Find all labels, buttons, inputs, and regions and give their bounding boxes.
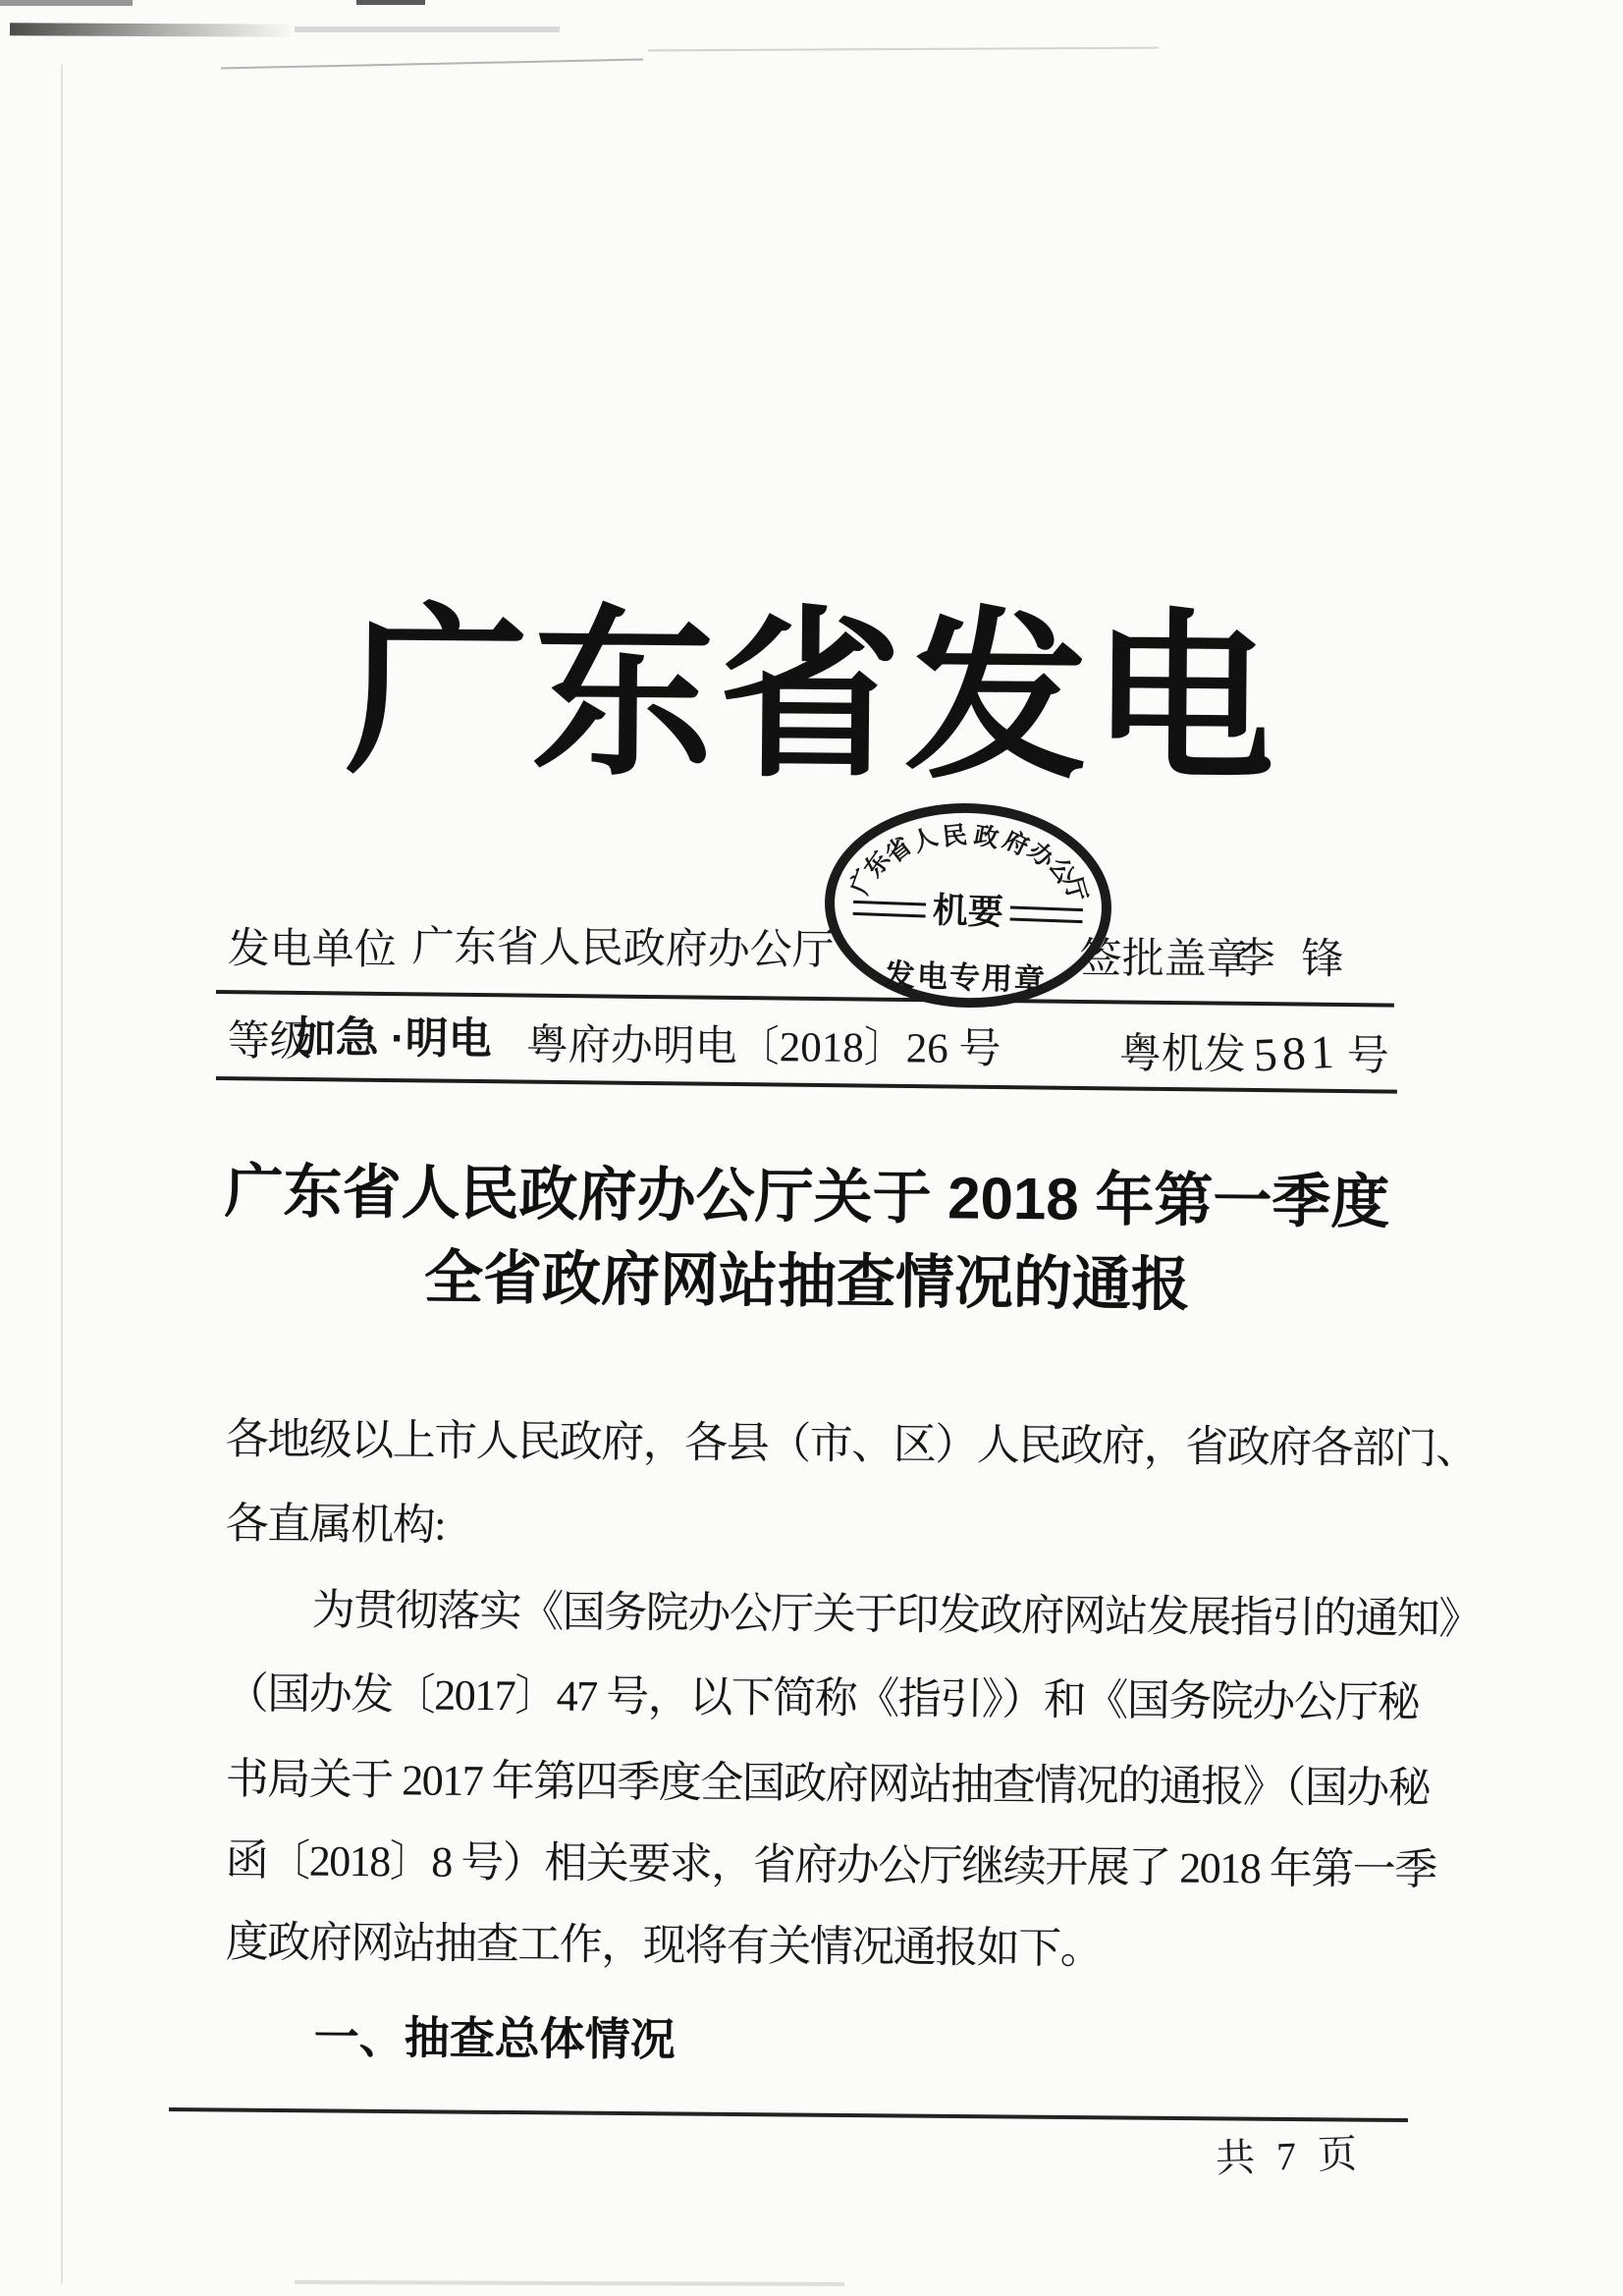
form-unit-value: 广东省人民政府办公厅: [412, 923, 835, 975]
notice-title-line1: 广东省人民政府办公厅关于 2018 年第一季度: [179, 1159, 1436, 1235]
body-line: 各直属机构:: [226, 1499, 446, 1553]
scanned-telegram-page: 广东省发电 广东省人民政府办公厅 机要 发电专用章 发电单位 广东省人民政府办公…: [0, 0, 1623, 2296]
scan-artifact-streak: [295, 27, 560, 32]
form-sign-label: 签批盖章: [1080, 935, 1249, 985]
scan-artifact-dash: [356, 0, 425, 5]
seal-center-text: 机要: [932, 893, 1003, 930]
ref-number-handwritten: 581: [1253, 1025, 1340, 1083]
form-ref-number: 粤机发581号: [1119, 1025, 1389, 1082]
masthead-title: 广东省发电: [178, 601, 1446, 794]
scan-artifact-line: [648, 47, 1159, 52]
form-unit-label: 发电单位: [228, 925, 397, 975]
section-heading: 一、抽查总体情况: [313, 2001, 676, 2069]
notice-title-line2: 全省政府网站抽查情况的通报: [179, 1243, 1436, 1320]
scan-artifact-paper-edge: [61, 65, 63, 2284]
seal-divider-lines-left: [853, 900, 926, 917]
form-sign-value: 李 锋: [1233, 935, 1344, 984]
body-line: 书局关于 2017 年第四季度全国政府网站抽查情况的通报》（国办秘: [226, 1754, 1431, 1815]
scan-artifact-bottom-smudge: [295, 2280, 844, 2286]
official-seal: 广东省人民政府办公厅 机要 发电专用章: [821, 798, 1114, 1012]
form-level-value: 加急 ·明电: [293, 1013, 492, 1065]
scan-artifact-streak: [10, 23, 297, 37]
body-line: 函〔2018〕8 号）相关要求，省府办公厅继续开展了 2018 年第一季: [226, 1835, 1436, 1896]
footer-rule: [169, 2107, 1408, 2122]
scan-artifact-top-edge: [0, 0, 133, 6]
seal-bottom-text: 发电专用章: [832, 948, 1100, 1001]
form-doc-number: 粤府办明电〔2018〕26 号: [526, 1021, 1001, 1074]
body-line: （国办发〔2017〕47 号，以下简称《指引》）和《国务院办公厅秘: [226, 1668, 1420, 1729]
body-line: 为贯彻落实《国务院办公厅关于印发政府网站发展指引的通知》: [312, 1585, 1481, 1646]
page-count: 共 7 页: [1215, 2122, 1364, 2183]
ref-prefix: 粤机发: [1119, 1031, 1246, 1078]
body-line: 度政府网站抽查工作，现将有关情况通报如下。: [226, 1917, 1103, 1976]
seal-divider-lines-right: [1010, 905, 1083, 923]
ref-suffix: 号: [1347, 1033, 1389, 1079]
body-line: 各地级以上市人民政府，各县（市、区）人民政府，省政府各部门、: [226, 1414, 1478, 1476]
form-rule-top: [216, 990, 1394, 1008]
scan-artifact-line: [221, 58, 643, 69]
